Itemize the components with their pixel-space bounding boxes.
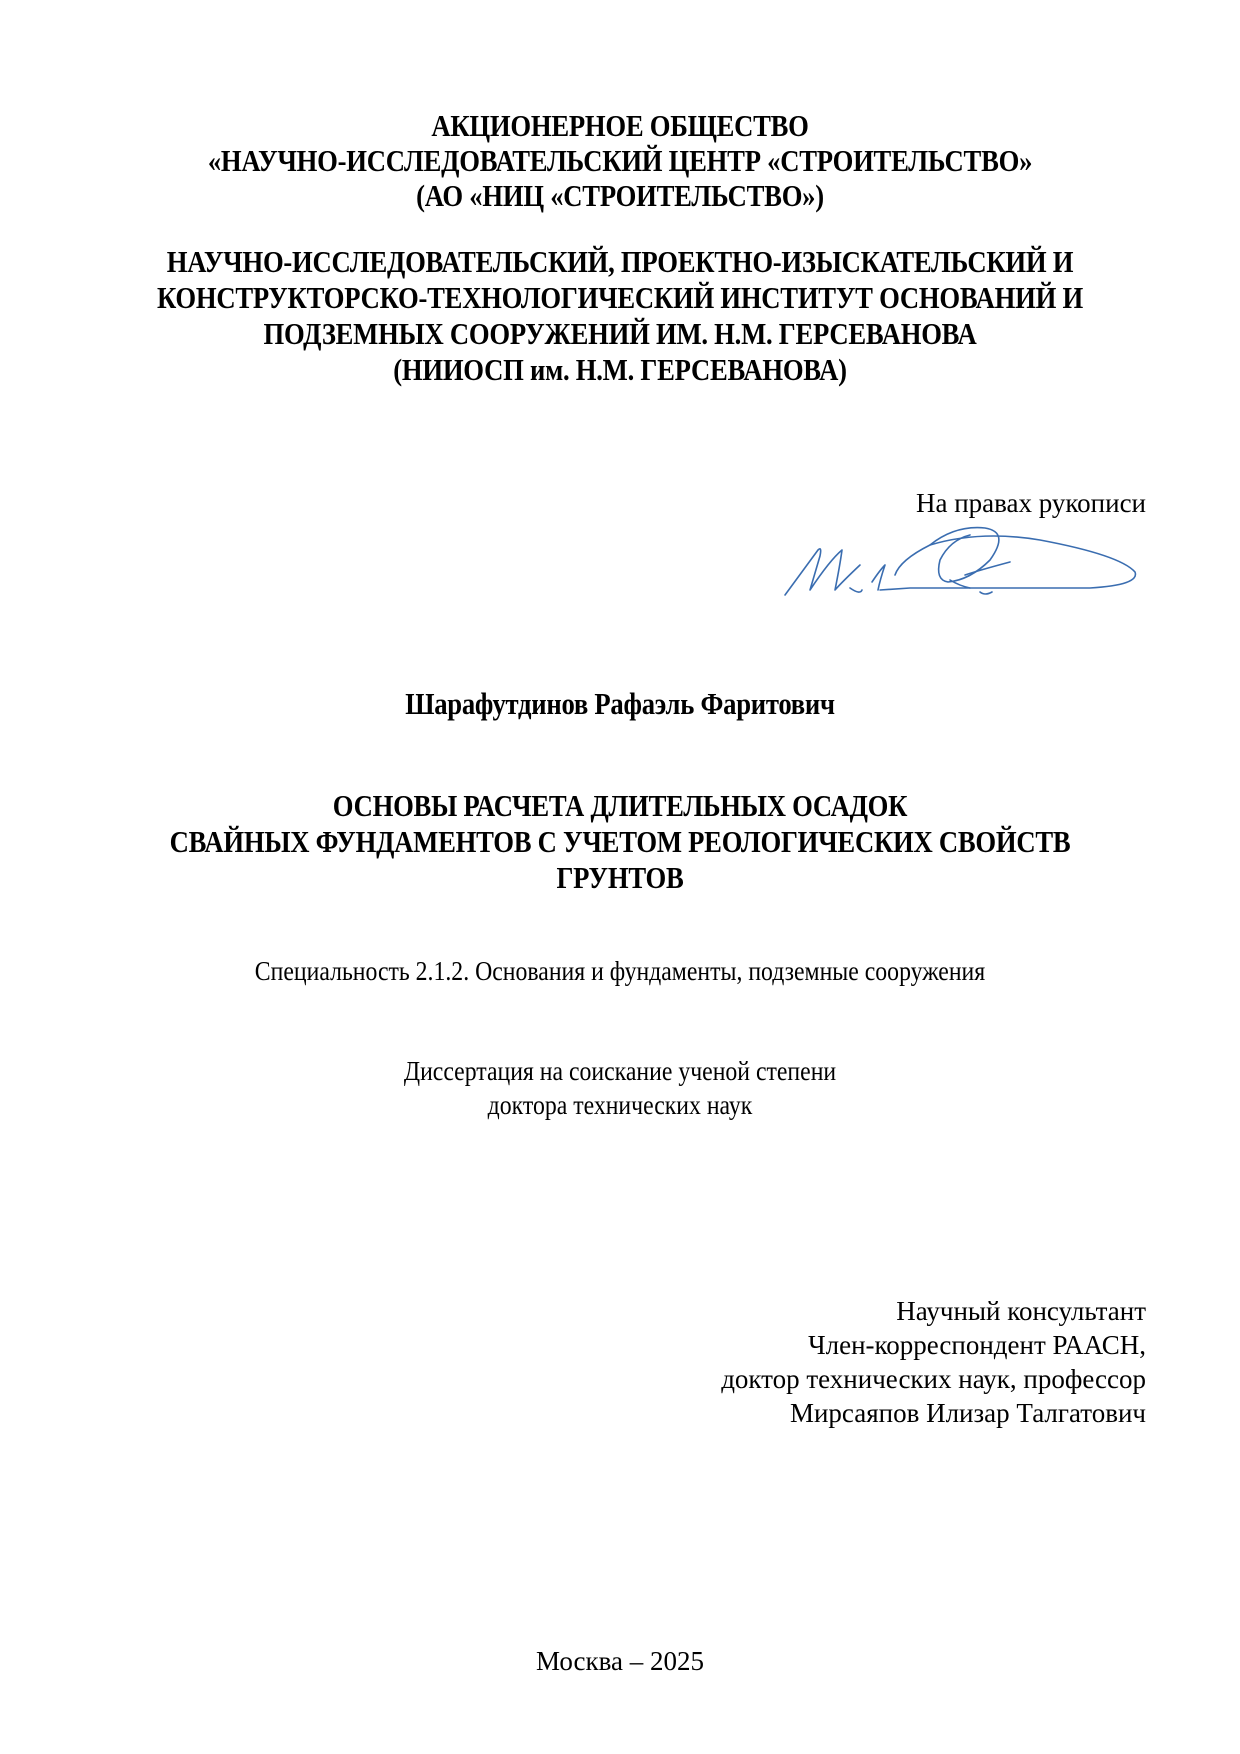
degree-line: Диссертация на соискание ученой степени <box>404 1058 836 1085</box>
title-line: СВАЙНЫХ ФУНДАМЕНТОВ С УЧЕТОМ РЕОЛОГИЧЕСК… <box>170 826 1071 857</box>
consultant-line: Мирсаяпов Илизар Талгатович <box>790 1400 1146 1427</box>
consultant-line: Член-корреспондент РААСН, <box>808 1332 1146 1359</box>
degree-line: доктора технических наук <box>488 1092 753 1119</box>
city-year: Москва – 2025 <box>536 1648 704 1675</box>
org-line: АКЦИОНЕРНОЕ ОБЩЕСТВО <box>431 110 808 141</box>
document-page: АКЦИОНЕРНОЕ ОБЩЕСТВО «НАУЧНО-ИССЛЕДОВАТЕ… <box>0 0 1240 1754</box>
consultant-line: доктор технических наук, профессор <box>721 1366 1146 1393</box>
title-line: ОСНОВЫ РАСЧЕТА ДЛИТЕЛЬНЫХ ОСАДОК <box>333 790 907 821</box>
signature-icon <box>780 520 1160 610</box>
institute-line: НАУЧНО-ИССЛЕДОВАТЕЛЬСКИЙ, ПРОЕКТНО-ИЗЫСК… <box>167 246 1074 277</box>
author-name: Шарафутдинов Рафаэль Фаритович <box>405 688 835 719</box>
institute-line: КОНСТРУКТОРСКО-ТЕХНОЛОГИЧЕСКИЙ ИНСТИТУТ … <box>157 282 1083 313</box>
consultant-line: Научный консультант <box>896 1298 1146 1325</box>
org-line: (АО «НИЦ «СТРОИТЕЛЬСТВО») <box>416 180 824 211</box>
manuscript-note: На правах рукописи <box>916 490 1146 517</box>
title-line: ГРУНТОВ <box>556 862 683 893</box>
org-line: «НАУЧНО-ИССЛЕДОВАТЕЛЬСКИЙ ЦЕНТР «СТРОИТЕ… <box>208 145 1032 176</box>
specialty: Специальность 2.1.2. Основания и фундаме… <box>255 958 985 985</box>
institute-line: ПОДЗЕМНЫХ СООРУЖЕНИЙ ИМ. Н.М. ГЕРСЕВАНОВ… <box>263 318 976 349</box>
institute-line: (НИИОСП им. Н.М. ГЕРСЕВАНОВА) <box>393 354 847 385</box>
